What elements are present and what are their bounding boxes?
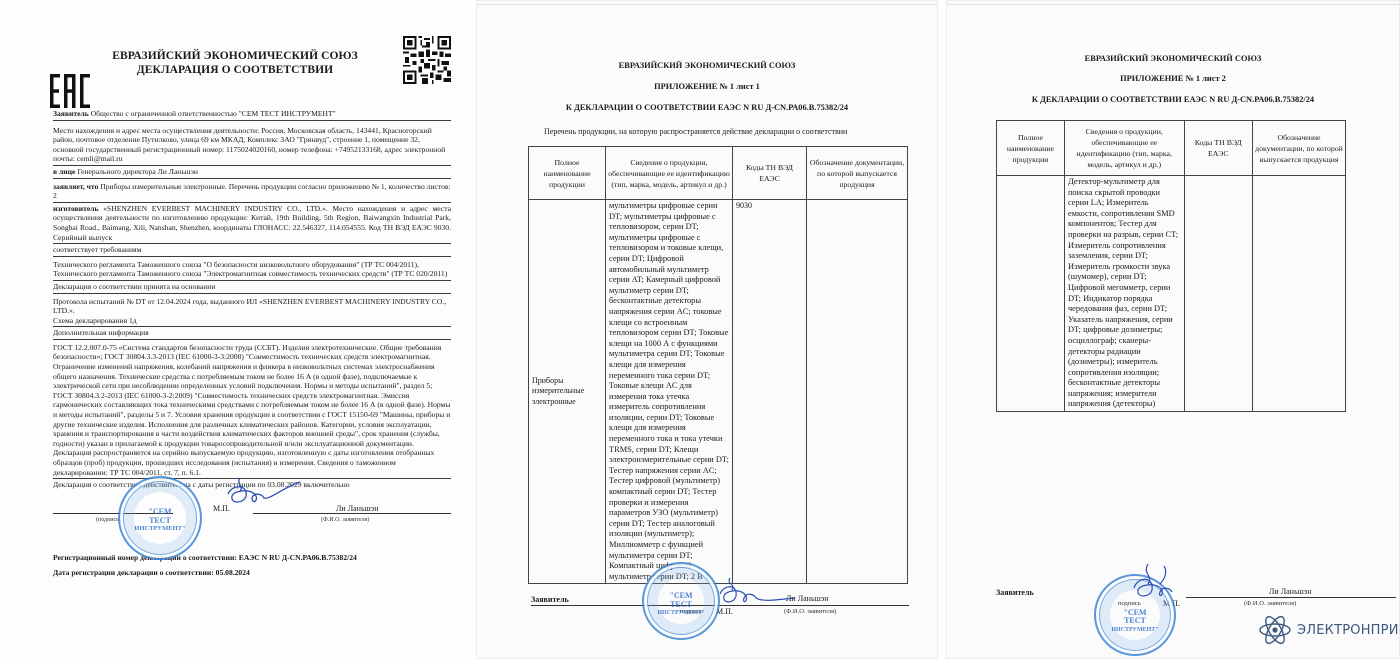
union-title: ЕВРАЗИЙСКИЙ ЭКОНОМИЧЕСКИЙ СОЮЗ	[0, 49, 470, 63]
table-row: Детектор-мультиметр для поиска скрытой п…	[997, 176, 1346, 412]
declaration-reference: К ДЕКЛАРАЦИИ О СООТВЕТСТВИИ ЕАЭС N RU Д-…	[476, 103, 938, 112]
tn-ved-code-cell: 9030	[733, 200, 807, 584]
declares-value: Приборы измерительные электронные. Переч…	[53, 182, 451, 201]
stamp-line: ТЕСТ	[1096, 617, 1174, 626]
manufacturer-value: «SHENZHEN EVERBEST MACHINERY INDUSTRY CO…	[53, 204, 451, 242]
column-header: Полное наименование продукции	[529, 147, 606, 200]
applicant-label: Заявитель	[996, 588, 1034, 597]
stamp-line: ИНСТРУМЕНТ"	[120, 525, 200, 534]
registration-date: Дата регистрации декларации о соответств…	[53, 568, 451, 578]
signature-icon	[1124, 562, 1184, 606]
column-header: Коды ТН ВЭД ЕАЭС	[733, 147, 807, 200]
basis-value: Протокола испытаний № DT от 12.04.2024 г…	[53, 297, 451, 316]
declaration-header: ЕВРАЗИЙСКИЙ ЭКОНОМИЧЕСКИЙ СОЮЗ ДЕКЛАРАЦИ…	[0, 49, 470, 77]
union-title: ЕВРАЗИЙСКИЙ ЭКОНОМИЧЕСКИЙ СОЮЗ	[476, 61, 938, 70]
atom-icon	[1258, 613, 1292, 647]
applicant-value: Общество с ограниченной ответственностью…	[91, 109, 336, 118]
applicant-label: Заявитель	[531, 595, 569, 604]
annex-page-1: ЕВРАЗИЙСКИЙ ЭКОНОМИЧЕСКИЙ СОЮЗ ПРИЛОЖЕНИ…	[476, 0, 938, 659]
column-header: Полное наименование продукции	[997, 121, 1065, 176]
stamp-line: ИНСТРУМЕНТ"	[644, 609, 718, 618]
table-header-row: Полное наименование продукции Сведения о…	[529, 147, 908, 200]
electronpribor-logo: ЭЛЕКТРОНПРИБОР	[1258, 613, 1400, 647]
product-name-cell	[997, 176, 1065, 412]
represented-label: в лице	[53, 167, 75, 176]
union-title: ЕВРАЗИЙСКИЙ ЭКОНОМИЧЕСКИЙ СОЮЗ	[946, 54, 1400, 63]
column-header: Обозначение документации, по которой вып…	[807, 147, 908, 200]
additional-info: ГОСТ 12.2.007.0-75 «Система стандартов б…	[53, 342, 451, 479]
additional-label: Дополнительная информация	[53, 327, 451, 340]
declaration-reference: К ДЕКЛАРАЦИИ О СООТВЕТСТВИИ ЕАЭС N RU Д-…	[946, 95, 1400, 104]
product-info-cell: Детектор-мультиметр для поиска скрытой п…	[1064, 176, 1184, 412]
product-table: Полное наименование продукции Сведения о…	[996, 120, 1346, 412]
product-info-cell: мультиметры цифровые серии DT; мультимет…	[606, 200, 733, 584]
address-section: Место нахождения и адрес места осуществл…	[53, 125, 451, 166]
basis-section: Протокола испытаний № DT от 12.04.2024 г…	[53, 296, 451, 328]
table-row: Приборы измерительные электронные мульти…	[529, 200, 908, 584]
scheme-value: Схема декларирования 1д	[53, 316, 451, 326]
column-header: Сведения о продукции, обеспечивающие ее …	[606, 147, 733, 200]
registration-number: Регистрационный номер декларации о соотв…	[53, 553, 451, 563]
company-stamp: "СЕМ ТЕСТ ИНСТРУМЕНТ"	[642, 562, 720, 640]
manufacturer-label: изготовитель	[53, 204, 98, 213]
eac-logo-icon	[50, 74, 92, 108]
documentation-cell	[1252, 176, 1345, 412]
product-name-cell: Приборы измерительные электронные	[529, 200, 606, 584]
stamp-line: ТЕСТ	[644, 601, 718, 610]
annex-title: ПРИЛОЖЕНИЕ № 1 лист 2	[946, 74, 1400, 83]
signer-name: Ли Ланьшэн	[1269, 587, 1312, 596]
manufacturer-section: изготовитель «SHENZHEN EVERBEST MACHINER…	[53, 203, 451, 244]
signer-caption: (Ф.И.О. заявителя)	[784, 608, 836, 615]
applicant-label: Заявитель	[53, 109, 89, 118]
signer-name: Ли Ланьшэн	[336, 504, 379, 514]
qr-code-icon	[403, 36, 451, 84]
table-caption: Перечень продукции, на которую распростр…	[544, 127, 847, 136]
column-header: Обозначение документации, по которой вып…	[1252, 121, 1345, 176]
stamp-line: ТЕСТ	[120, 517, 200, 526]
annex-page-2: ЕВРАЗИЙСКИЙ ЭКОНОМИЧЕСКИЙ СОЮЗ ПРИЛОЖЕНИ…	[946, 0, 1400, 659]
column-header: Сведения о продукции, обеспечивающие ее …	[1064, 121, 1184, 176]
signature-icon	[222, 474, 302, 510]
tn-ved-code-cell	[1184, 176, 1252, 412]
complies-value: Технического регламента Таможенного союз…	[53, 259, 451, 281]
documentation-cell	[807, 200, 908, 584]
signature-icon	[716, 576, 796, 608]
signer-caption: (Ф.И.О. заявителя)	[1244, 600, 1296, 607]
signer-caption: (Ф.И.О. заявителя)	[321, 516, 369, 526]
table-header-row: Полное наименование продукции Сведения о…	[997, 121, 1346, 176]
represented-value: Генерального директора Ли Ланьшэн	[77, 167, 198, 176]
declaration-page: ЕВРАЗИЙСКИЙ ЭКОНОМИЧЕСКИЙ СОЮЗ ДЕКЛАРАЦИ…	[0, 0, 470, 659]
product-table: Полное наименование продукции Сведения о…	[528, 146, 908, 584]
stamp-line: ИНСТРУМЕНТ"	[1096, 626, 1174, 635]
declares-label: заявляет, что	[53, 182, 98, 191]
annex-title: ПРИЛОЖЕНИЕ № 1 лист 1	[476, 82, 938, 91]
basis-label: Декларация о соответствии принята на осн…	[53, 281, 451, 294]
declares-section: заявляет, что Приборы измерительные элек…	[53, 181, 451, 203]
company-stamp: "СЕМ ТЕСТ ИНСТРУМЕНТ"	[118, 476, 202, 560]
column-header: Коды ТН ВЭД ЕАЭС	[1184, 121, 1252, 176]
complies-label: соответствует требованиям	[53, 244, 451, 257]
represented-section: в лице Генерального директора Ли Ланьшэн	[53, 166, 451, 179]
applicant-section: Заявитель Общество с ограниченной ответс…	[53, 109, 451, 121]
logo-text: ЭЛЕКТРОНПРИБОР	[1297, 623, 1400, 638]
